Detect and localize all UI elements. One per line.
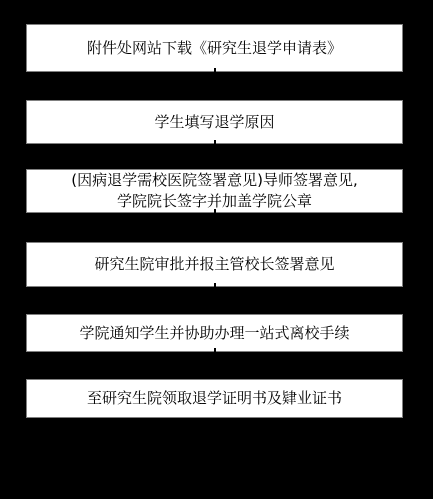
connector-stub <box>214 283 216 290</box>
flow-step-leave-procedures: 学院通知学生并协助办理一站式离校手续 <box>26 314 403 352</box>
connector-stub <box>214 348 216 355</box>
flow-step-graduate-school-approval: 研究生院审批并报主管校长签署意见 <box>26 242 403 287</box>
flowchart-canvas: 附件处网站下载《研究生退学申请表》 学生填写退学原因 (因病退学需校医院签署意见… <box>0 0 433 499</box>
connector-stub <box>214 209 216 216</box>
flow-step-fill-reason: 学生填写退学原因 <box>26 100 403 144</box>
connector-stub <box>214 68 216 75</box>
flow-step-label: (因病退学需校医院签署意见)导师签署意见, 学院院长签字并加盖学院公章 <box>27 170 402 212</box>
flow-step-collect-certificates: 至研究生院领取退学证明书及肄业证书 <box>26 379 403 418</box>
flow-step-label: 附件处网站下载《研究生退学申请表》 <box>27 38 402 59</box>
connector-stub <box>214 140 216 147</box>
flow-step-label: 研究生院审批并报主管校长签署意见 <box>27 254 402 275</box>
flow-step-signatures: (因病退学需校医院签署意见)导师签署意见, 学院院长签字并加盖学院公章 <box>26 169 403 213</box>
flow-step-download-form: 附件处网站下载《研究生退学申请表》 <box>26 24 403 72</box>
flow-step-label: 学生填写退学原因 <box>27 112 402 133</box>
flow-step-label: 学院通知学生并协助办理一站式离校手续 <box>27 323 402 344</box>
flow-step-label: 至研究生院领取退学证明书及肄业证书 <box>27 388 402 409</box>
